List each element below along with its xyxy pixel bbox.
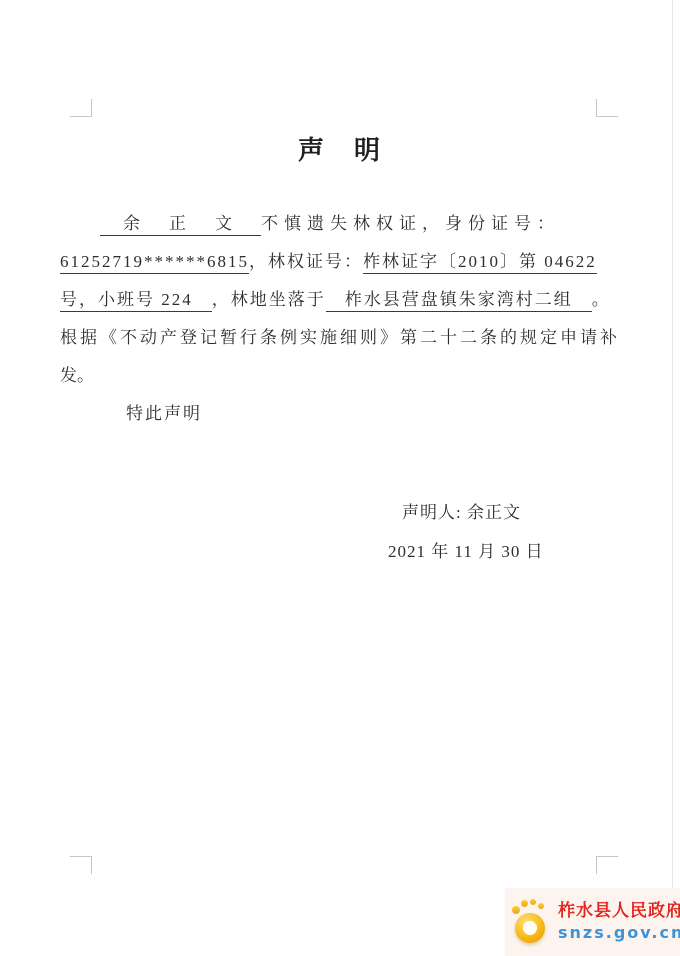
footprint-icon: [512, 899, 549, 945]
location-field: 柞水县营盘镇朱家湾村二组: [326, 290, 592, 312]
body-line-1-text: 不慎遗失林权证，身份证号：: [261, 214, 560, 233]
footprint-toe-2: [521, 900, 528, 907]
declaration-date: 2021 年 11 月 30 日: [388, 537, 544, 562]
footprint-toe-1: [512, 906, 520, 914]
body-line-5: 发。: [60, 357, 624, 395]
closing-statement: 特此声明: [60, 395, 624, 433]
margin-mark-top-right: [596, 99, 618, 117]
footprint-ring-hole: [523, 921, 537, 935]
body-line-4: 根据《不动产登记暂行条例实施细则》第二十二条的规定申请补: [60, 319, 624, 357]
margin-mark-bottom-left: [70, 856, 92, 874]
declarant-signature: 声明人: 余正文: [402, 498, 521, 523]
gov-name-label: 柞水县人民政府: [558, 900, 680, 922]
body-line-3-period: 。: [592, 290, 611, 309]
declarant-name-field: 余 正 文: [100, 214, 261, 236]
plot-number-field: 号，小班号 224: [60, 290, 212, 312]
body-line-3-text: ，林地坐落于: [212, 290, 326, 309]
gov-badge-text: 柞水县人民政府 snzs.gov.cn: [558, 900, 680, 944]
body-line-2: 61252719******6815，林权证号：柞林证字〔2010〕第 0462…: [60, 243, 624, 281]
gov-site-badge[interactable]: 柞水县人民政府 snzs.gov.cn: [505, 888, 680, 956]
body-line-3: 号，小班号 224 ，林地坐落于 柞水县营盘镇朱家湾村二组 。: [60, 281, 624, 319]
gov-domain-link[interactable]: snzs.gov.cn: [558, 922, 680, 944]
certificate-number-field: 柞林证字〔2010〕第 04622: [363, 252, 597, 274]
document-page: 声 明 余 正 文 不慎遗失林权证，身份证号： 61252719******68…: [0, 0, 680, 956]
id-number-field: 61252719******6815: [60, 252, 249, 274]
margin-mark-top-left: [70, 99, 92, 117]
declaration-body: 余 正 文 不慎遗失林权证，身份证号： 61252719******6815，林…: [60, 205, 624, 433]
footprint-toe-4: [538, 903, 544, 909]
footprint-toe-3: [530, 899, 536, 905]
body-line-1: 余 正 文 不慎遗失林权证，身份证号：: [60, 205, 624, 243]
document-title: 声 明: [0, 130, 680, 167]
body-line-2-text: ，林权证号：: [249, 252, 363, 271]
margin-mark-bottom-right: [596, 856, 618, 874]
